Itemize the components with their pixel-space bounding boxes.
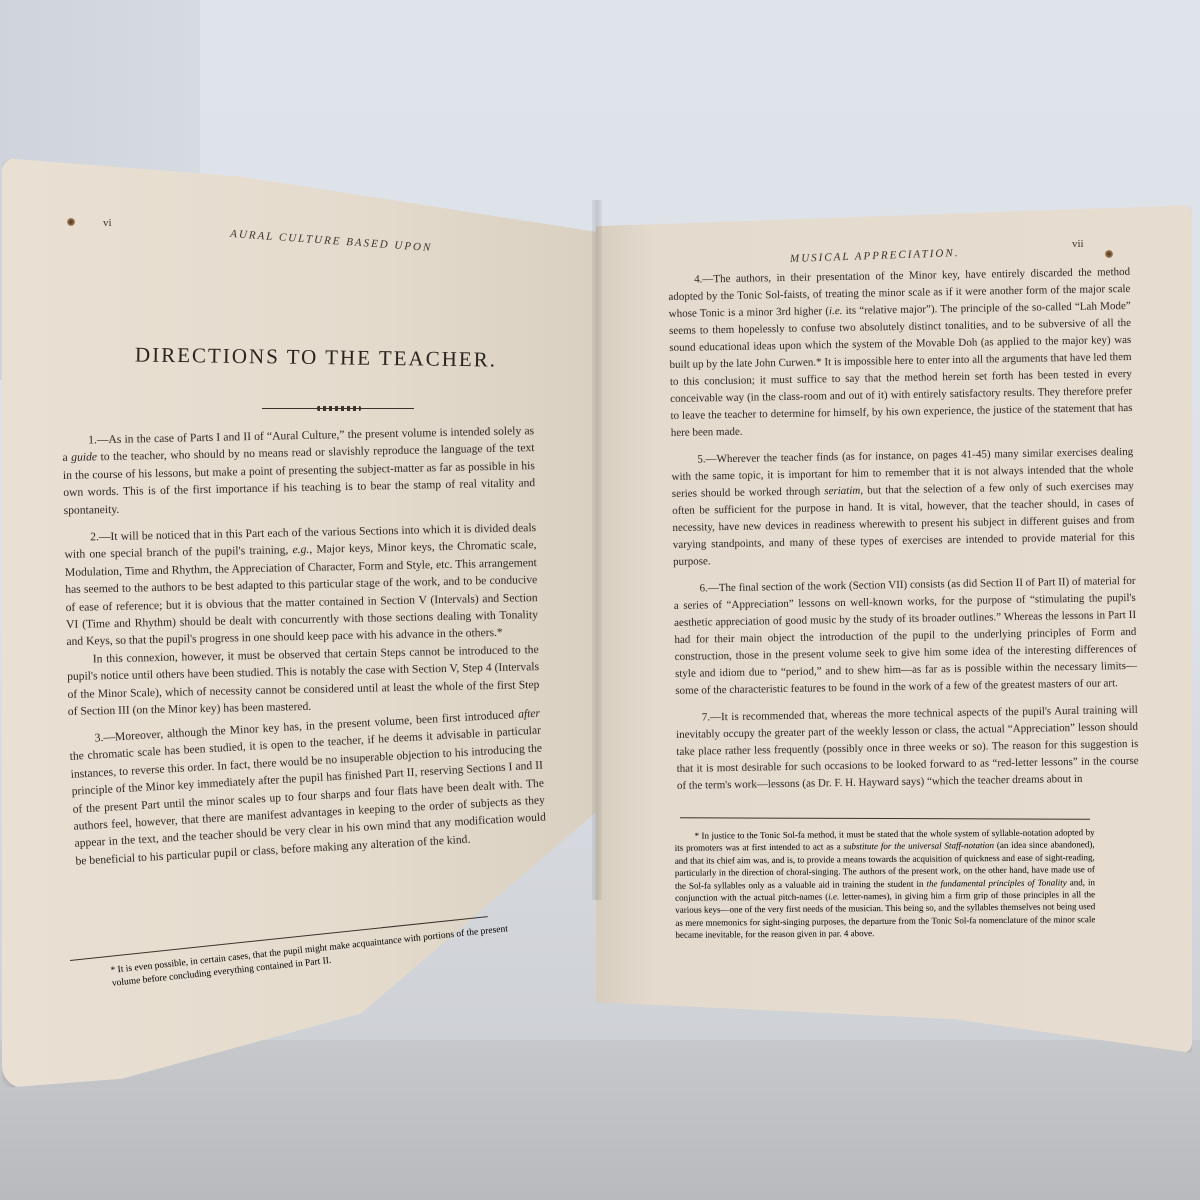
left-page-body: 1.—As in the case of Parts I and II of “… xyxy=(62,422,543,880)
page-number-left: vi xyxy=(103,217,112,229)
foxing-stain xyxy=(67,218,75,226)
page-number-right: vii xyxy=(1072,238,1084,250)
paragraph-4: 4.—The authors, in their presentation of… xyxy=(668,264,1133,442)
paragraph-6: 6.—The final section of the work (Sectio… xyxy=(673,573,1137,700)
chapter-title: DIRECTIONS TO THE TEACHER. xyxy=(135,342,497,372)
foxing-stain xyxy=(1105,250,1113,258)
paragraph-7: 7.—It is recommended that, whereas the m… xyxy=(676,702,1139,795)
right-page-body: 4.—The authors, in their presentation of… xyxy=(668,264,1139,805)
book-gutter xyxy=(592,200,602,900)
paragraph-5: 5.—Wherever the teacher finds (as for in… xyxy=(671,444,1135,571)
footnote-right: * In justice to the Tonic Sol-fa method,… xyxy=(675,826,1096,941)
paragraph-3: 3.—Moreover, although the Minor key has,… xyxy=(68,704,547,869)
table-surface xyxy=(0,1040,1200,1200)
ornamental-rule xyxy=(262,407,414,411)
paragraph-1: 1.—As in the case of Parts I and II of “… xyxy=(62,422,536,519)
paragraph-2: 2.—It will be noticed that in this Part … xyxy=(64,519,538,651)
